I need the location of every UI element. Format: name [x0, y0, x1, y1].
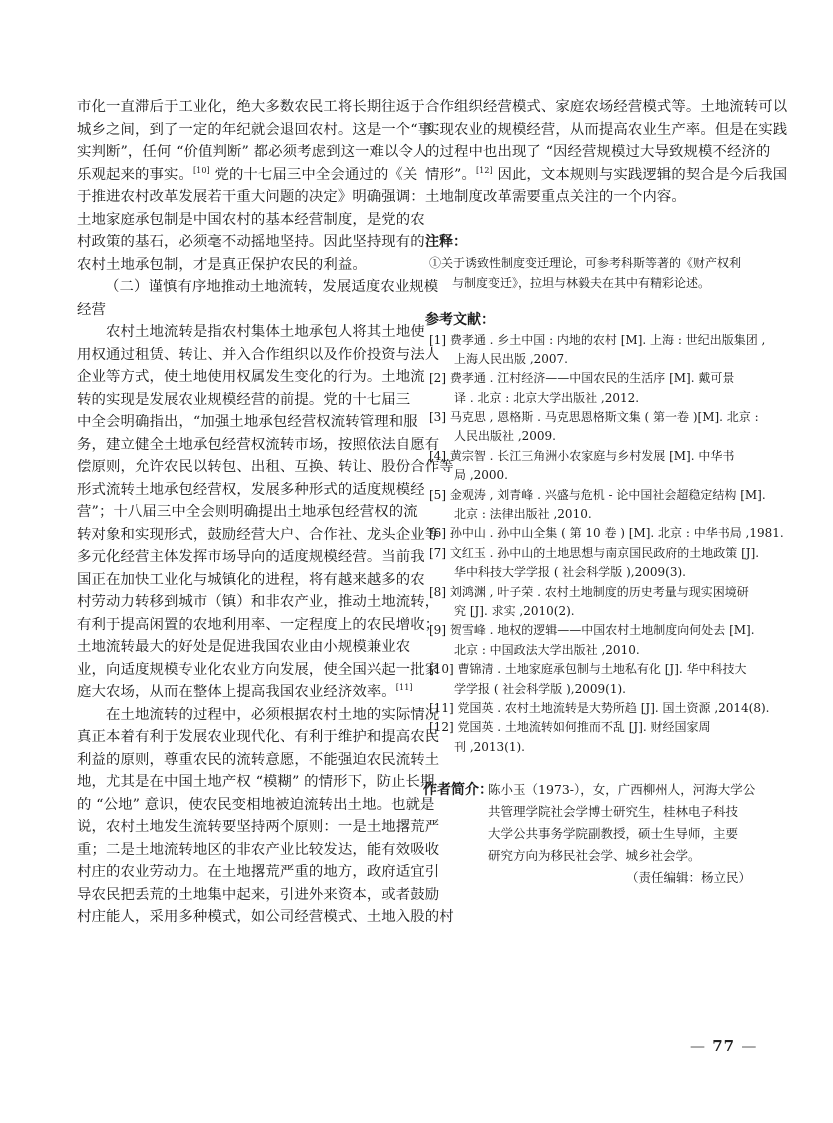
text-line: 合作组织经营模式、家庭农场经营模式等。土地流转可以 [425, 96, 755, 119]
author-line: 大学公共事务学院副教授，硕士生导师，主要 [488, 823, 755, 845]
right-column: 合作组织经营模式、家庭农场经营模式等。土地流转可以 实现农业的规模经营，从而提高… [425, 96, 755, 889]
reference-line: 局 ,2000. [429, 466, 755, 485]
responsible-editor: （责任编辑：杨立民） [425, 867, 755, 889]
text-line: 中全会明确指出，“加强土地承包经营权流转管理和服 [77, 411, 409, 434]
author-line: 陈小玉（1973-），女，广西柳州人，河海大学公 [488, 779, 755, 801]
reference-line: [2] 费孝通 . 江村经济——中国农民的生活序 [M]. 戴可景 [429, 369, 755, 388]
reference-line: [4] 黄宗智 . 长江三角洲小农家庭与乡村发展 [M]. 中华书 [429, 447, 755, 466]
reference-item-8: [8] 刘鸿渊 , 叶子荣 . 农村土地制度的历史考量与现实困境研 究 [J].… [429, 583, 755, 622]
reference-line: [9] 贺雪峰 . 地权的逻辑——中国农村土地制度向何处去 [M]. [429, 621, 755, 640]
author-bio-label: 作者简介： [423, 779, 493, 801]
reference-item-6: [6] 孙中山 . 孙中山全集 ( 第 10 卷 ) [M]. 北京 : 中华书… [429, 524, 755, 543]
text-line: 有利于提高闲置的农地利用率、一定程度上的农民增收； [77, 614, 409, 637]
text-line: 村庄能人，采用多种模式，如公司经营模式、土地入股的村 [77, 906, 409, 929]
reference-item-5: [5] 金观涛 , 刘青峰 . 兴盛与危机 - 论中国社会超稳定结构 [M]. … [429, 486, 755, 525]
citation-10: [10] [193, 166, 210, 175]
text-line: 村政策的基石，必须毫不动摇地坚持。因此坚持现有的 [77, 231, 409, 254]
section-subheading: （二）谨慎有序地推动土地流转，发展适度农业规模 经营 [77, 276, 409, 321]
reference-line: 究 [J]. 求实 ,2010(2). [429, 602, 755, 621]
text-line: 形式流转土地承包经营权，发展多种形式的适度规模经 [77, 479, 409, 502]
notes-heading: 注释： [425, 231, 755, 253]
author-bio: 作者简介： 陈小玉（1973-），女，广西柳州人，河海大学公 共管理学院社会学博… [425, 779, 755, 867]
text-line: 营”；十八届三中全会则明确提出土地承包经营权的流 [77, 501, 409, 524]
reference-line: 北京 : 中国政法大学出版社 ,2010. [429, 641, 755, 660]
citation-12: [12] [476, 166, 493, 175]
subheading-line: （二）谨慎有序地推动土地流转，发展适度农业规模 [77, 276, 409, 299]
text-line: 用权通过租赁、转让、并入合作组织以及作价投资与法人 [77, 344, 409, 367]
text-segment: 情形”。 [425, 167, 476, 183]
dash-left: — [690, 1037, 706, 1055]
reference-item-2: [2] 费孝通 . 江村经济——中国农民的生活序 [M]. 戴可景 译 . 北京… [429, 369, 755, 408]
paragraph-land-transfer-definition: 农村土地流转是指农村集体土地承包人将其土地使 用权通过租赁、转让、并入合作组织以… [77, 321, 409, 704]
text-segment: 庭大农场，从而在整体上提高我国农业经济效率。 [77, 684, 396, 700]
text-line: 业，向适度规模专业化农业方向发展，使全国兴起一批家 [77, 659, 409, 682]
text-line: 转对象和实现形式，鼓励经营大户、合作社、龙头企业等 [77, 524, 409, 547]
text-line: 村庄的农业劳动力。在土地撂荒严重的地方，政府适宜引 [77, 861, 409, 884]
reference-line: [10] 曹锦清 . 土地家庭承包制与土地私有化 [J]. 华中科技大 [429, 660, 755, 679]
note-line: ①关于诱致性制度变迁理论，可参考科斯等著的《财产权利 [429, 253, 755, 273]
reference-line: [7] 文红玉 . 孙中山的土地思想与南京国民政府的土地政策 [J]. [429, 544, 755, 563]
text-line-with-citation: 庭大农场，从而在整体上提高我国农业经济效率。[11] [77, 681, 409, 704]
text-line: 实判断”，任何 “价值判断” 都必须考虑到这一难以令人 [77, 141, 409, 164]
page-number: — 77 — [690, 1037, 757, 1055]
reference-line: 人民出版社 ,2009. [429, 427, 755, 446]
reference-line: [3] 马克思 , 恩格斯 . 马克思恩格斯文集 ( 第一卷 )[M]. 北京 … [429, 408, 755, 427]
reference-item-9: [9] 贺雪峰 . 地权的逻辑——中国农村土地制度向何处去 [M]. 北京 : … [429, 621, 755, 660]
reference-line: [5] 金观涛 , 刘青峰 . 兴盛与危机 - 论中国社会超稳定结构 [M]. [429, 486, 755, 505]
text-line: 村劳动力转移到城市（镇）和非农产业，推动土地流转， [77, 591, 409, 614]
reference-line: [8] 刘鸿渊 , 叶子荣 . 农村土地制度的历史考量与现实困境研 [429, 583, 755, 602]
reference-item-10: [10] 曹锦清 . 土地家庭承包制与土地私有化 [J]. 华中科技大 学学报 … [429, 660, 755, 699]
author-line: 共管理学院社会学博士研究生，桂林电子科技 [488, 801, 755, 823]
reference-line: 北京 : 法律出版社 ,2010. [429, 505, 755, 524]
text-line: 农村土地流转是指农村集体土地承包人将其土地使 [77, 321, 409, 344]
text-line: 国正在加快工业化与城镇化的进程，将有越来越多的农 [77, 569, 409, 592]
text-line: 实现农业的规模经营，从而提高农业生产率。但是在实践 [425, 119, 755, 142]
reference-line: 刊 ,2013(1). [429, 738, 755, 757]
paragraph-continuation: 合作组织经营模式、家庭农场经营模式等。土地流转可以 实现农业的规模经营，从而提高… [425, 96, 755, 209]
text-line-with-citation: 情形”。[12] 因此，文本规则与实践逻辑的契合是今后我国 [425, 164, 755, 187]
text-line: 土地家庭承包制是中国农村的基本经营制度，是党的农 [77, 209, 409, 232]
dash-right: — [741, 1037, 757, 1055]
text-segment: 乐观起来的事实。 [77, 167, 193, 183]
text-line: 土地制度改革需要重点关注的一个内容。 [425, 186, 755, 209]
reference-line: 学学报 ( 社会科学版 ),2009(1). [429, 680, 755, 699]
references-list: [1] 费孝通 . 乡土中国 : 内地的农村 [M]. 上海 : 世纪出版集团 … [425, 331, 755, 758]
text-line: 于推进农村改革发展若干重大问题的决定》明确强调： [77, 186, 409, 209]
text-segment: 党的十七届三中全会通过的《关 [214, 167, 417, 183]
text-line: 说，农村土地发生流转要坚持两个原则：一是土地撂荒严 [77, 816, 409, 839]
note-item: ①关于诱致性制度变迁理论，可参考科斯等著的《财产权利 与制度变迁》，拉坦与林毅夫… [425, 253, 755, 293]
text-line: 重；二是土地流转地区的非农产业比较发达，能有效吸收 [77, 839, 409, 862]
reference-line: [6] 孙中山 . 孙中山全集 ( 第 10 卷 ) [M]. 北京 : 中华书… [429, 524, 755, 543]
page-number-value: 77 [712, 1037, 735, 1055]
reference-item-1: [1] 费孝通 . 乡土中国 : 内地的农村 [M]. 上海 : 世纪出版集团 … [429, 331, 755, 370]
references-heading: 参考文献： [425, 309, 755, 331]
text-line: 市化一直滞后于工业化，绝大多数农民工将长期往返于 [77, 96, 409, 119]
text-line: 城乡之间，到了一定的年纪就会退回农村。这是一个“事 [77, 119, 409, 142]
text-line: 在土地流转的过程中，必须根据农村土地的实际情况 [77, 704, 409, 727]
paragraph-rural-urbanization: 市化一直滞后于工业化，绝大多数农民工将长期往返于 城乡之间，到了一定的年纪就会退… [77, 96, 409, 276]
text-segment: 因此，文本规则与实践逻辑的契合是今后我国 [497, 167, 787, 183]
reference-item-12: [12] 党国英 . 土地流转如何推而不乱 [J]. 财经国家周 刊 ,2013… [429, 718, 755, 757]
reference-item-11: [11] 党国英 . 农村土地流转是大势所趋 [J]. 国土资源 ,2014(8… [429, 699, 755, 718]
reference-line: 译 . 北京 : 北京大学出版社 ,2012. [429, 389, 755, 408]
text-line: 多元化经营主体发挥市场导向的适度规模经营。当前我 [77, 546, 409, 569]
reference-line: [12] 党国英 . 土地流转如何推而不乱 [J]. 财经国家周 [429, 718, 755, 737]
note-line: 与制度变迁》，拉坦与林毅夫在其中有精彩论述。 [429, 273, 755, 293]
left-column: 市化一直滞后于工业化，绝大多数农民工将长期往返于 城乡之间，到了一定的年纪就会退… [77, 96, 409, 929]
reference-item-7: [7] 文红玉 . 孙中山的土地思想与南京国民政府的土地政策 [J]. 华中科技… [429, 544, 755, 583]
reference-line: 华中科技大学学报 ( 社会科学版 ),2009(3). [429, 563, 755, 582]
reference-item-4: [4] 黄宗智 . 长江三角洲小农家庭与乡村发展 [M]. 中华书 局 ,200… [429, 447, 755, 486]
paragraph-transfer-principles: 在土地流转的过程中，必须根据农村土地的实际情况 真正本着有利于发展农业现代化、有… [77, 704, 409, 929]
text-line: 转的实现是发展农业规模经营的前提。党的十七届三 [77, 389, 409, 412]
text-line: 利益的原则，尊重农民的流转意愿，不能强迫农民流转土 [77, 749, 409, 772]
reference-line: [11] 党国英 . 农村土地流转是大势所趋 [J]. 国土资源 ,2014(8… [429, 699, 755, 718]
text-line: 农村土地承包制，才是真正保护农民的利益。 [77, 254, 409, 277]
subheading-line: 经营 [77, 299, 409, 322]
text-line-with-citation: 乐观起来的事实。[10] 党的十七届三中全会通过的《关 [77, 164, 409, 187]
text-line: 的过程中也出现了 “因经营规模过大导致规模不经济的 [425, 141, 755, 164]
reference-item-3: [3] 马克思 , 恩格斯 . 马克思恩格斯文集 ( 第一卷 )[M]. 北京 … [429, 408, 755, 447]
text-line: 的 “公地” 意识，使农民变相地被迫流转出土地。也就是 [77, 794, 409, 817]
text-line: 务，建立健全土地承包经营权流转市场，按照依法自愿有 [77, 434, 409, 457]
reference-line: [1] 费孝通 . 乡土中国 : 内地的农村 [M]. 上海 : 世纪出版集团 … [429, 331, 755, 350]
text-line: 偿原则，允许农民以转包、出租、互换、转让、股份合作等 [77, 456, 409, 479]
text-line: 企业等方式，使土地使用权属发生变化的行为。土地流 [77, 366, 409, 389]
citation-11: [11] [396, 683, 413, 692]
text-line: 土地流转最大的好处是促进我国农业由小规模兼业农 [77, 636, 409, 659]
text-line: 导农民把丢荒的土地集中起来，引进外来资本，或者鼓励 [77, 884, 409, 907]
text-line: 真正本着有利于发展农业现代化、有利于维护和提高农民 [77, 726, 409, 749]
author-line: 研究方向为移民社会学、城乡社会学。 [488, 845, 755, 867]
text-line: 地，尤其是在中国土地产权 “模糊” 的情形下，防止长期 [77, 771, 409, 794]
reference-line: 上海人民出版 ,2007. [429, 350, 755, 369]
